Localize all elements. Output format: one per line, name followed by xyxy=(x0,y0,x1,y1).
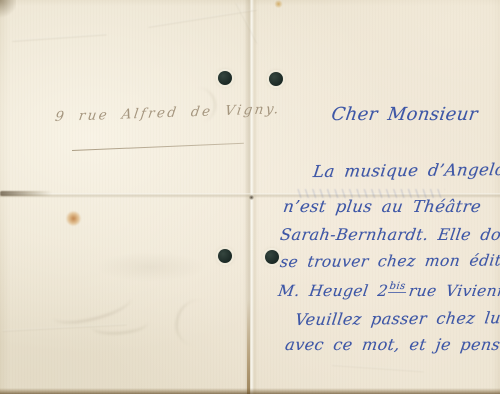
letter-scan: 9 rue Alfred de Vigny. Cher Monsieur La … xyxy=(0,0,500,394)
letter-line-3: Sarah-Bernhardt. Elle doit xyxy=(279,225,500,244)
letter-line-2: n’est plus au Théâtre xyxy=(282,197,482,216)
paper-corner-shadow xyxy=(0,0,16,20)
right-page: Cher Monsieur La musique d’Angelo n’est … xyxy=(0,0,500,394)
letter-line-6: Veuillez passer chez lui xyxy=(294,308,500,329)
letter-line-5: M. Heugel 2bisrue Vivienne. xyxy=(277,281,500,300)
letter-line-5-superscript: bis xyxy=(388,281,408,293)
letter-line-7: avec ce mot, et je pense xyxy=(284,335,500,354)
paper-bottom-edge xyxy=(0,388,500,394)
letter-line-1: La musique d’Angelo xyxy=(312,160,500,181)
letter-line-5-post: rue Vivienne. xyxy=(405,282,500,300)
letter-line-5-pre: M. Heugel 2 xyxy=(277,282,389,300)
letter-line-4: se trouver chez mon éditeur xyxy=(279,251,500,271)
letter-salutation: Cher Monsieur xyxy=(330,104,479,125)
